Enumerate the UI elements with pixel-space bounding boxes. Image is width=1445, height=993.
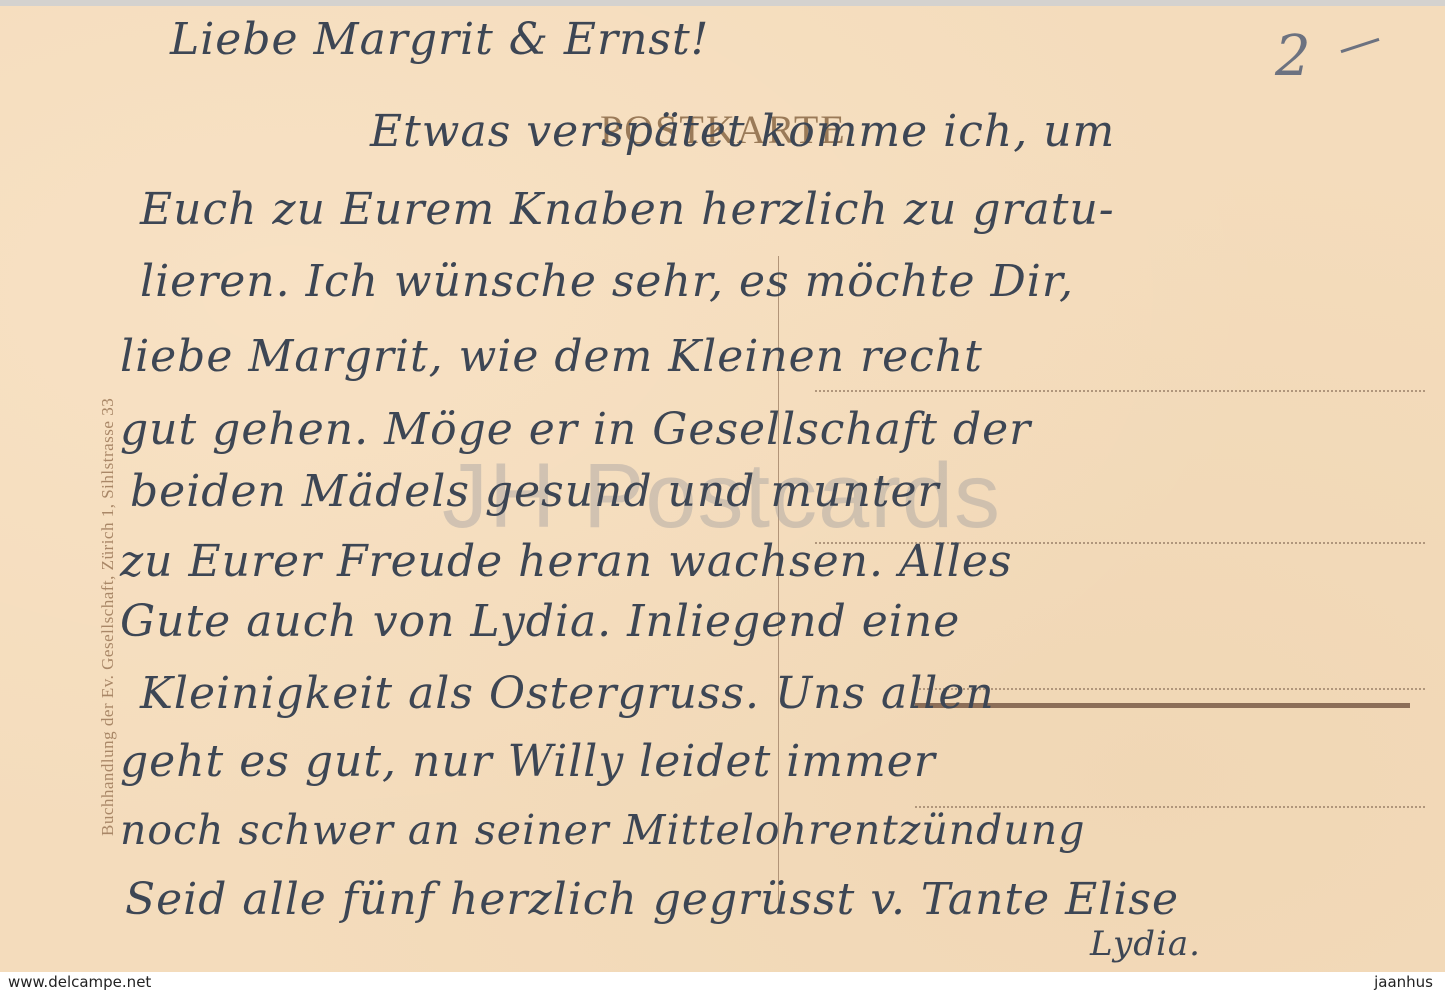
message-line: Liebe Margrit & Ernst!	[170, 14, 709, 65]
message-line: beiden Mädels gesund und munter	[130, 466, 940, 517]
postcard: POSTKARTE Buchhandlung der Ev. Gesellsch…	[0, 6, 1445, 972]
publisher-imprint: Buchhandlung der Ev. Gesellschaft, Züric…	[98, 398, 118, 836]
address-line-1	[815, 390, 1425, 392]
message-line: Etwas verspätet komme ich, um	[370, 106, 1115, 157]
message-line: geht es gut, nur Willy leidet immer	[120, 736, 936, 787]
source-site-label: www.delcampe.net	[8, 973, 151, 991]
message-line: zu Eurer Freude heran wachsen. Alles	[120, 536, 1013, 587]
message-line: noch schwer an seiner Mittelohrentzündun…	[120, 806, 1085, 854]
signature: Lydia.	[1090, 924, 1201, 964]
seller-label: jaanhus	[1374, 973, 1433, 991]
message-line: lieren. Ich wünsche sehr, es möchte Dir,	[140, 256, 1074, 307]
message-line: Euch zu Eurem Knaben herzlich zu gratu-	[140, 184, 1115, 235]
message-line: Seid alle fünf herzlich gegrüsst v. Tant…	[125, 874, 1179, 925]
message-line: gut gehen. Möge er in Gesellschaft der	[120, 404, 1031, 455]
bottom-strip	[0, 972, 1445, 993]
message-line: Kleinigkeit als Ostergruss. Uns allen	[140, 668, 995, 719]
price-dash	[1341, 38, 1380, 53]
price-mark: 2	[1275, 24, 1311, 89]
message-line: Gute auch von Lydia. Inliegend eine	[120, 596, 960, 647]
message-line: liebe Margrit, wie dem Kleinen recht	[120, 331, 983, 382]
